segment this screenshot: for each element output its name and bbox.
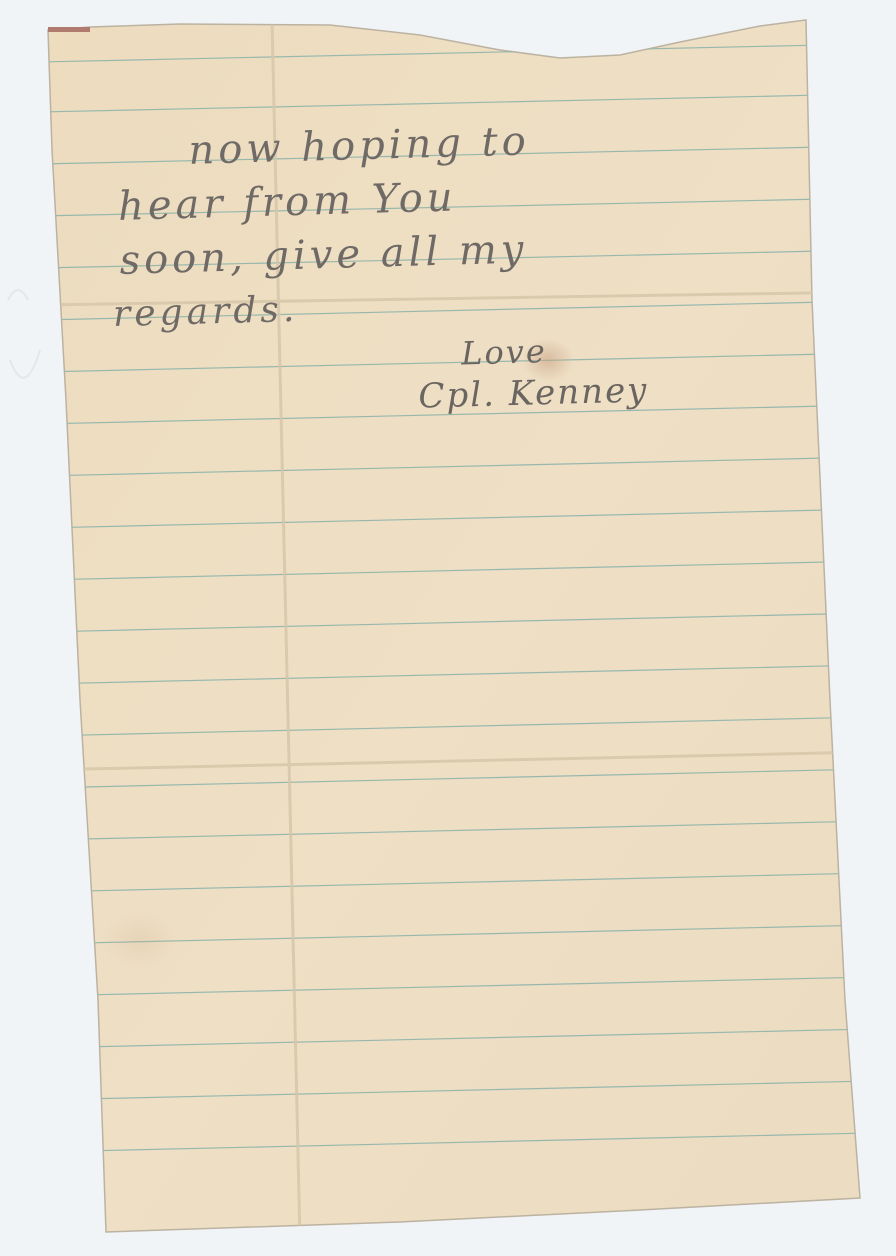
body-line-1: now hoping to bbox=[188, 118, 530, 174]
scanned-letter-page: now hoping to hear from You soon, give a… bbox=[0, 0, 896, 1256]
signature-text: Cpl. Kenney bbox=[418, 370, 649, 416]
corner-mark bbox=[48, 27, 90, 32]
background-bleedthrough bbox=[8, 290, 40, 378]
body-line-2: hear from You bbox=[117, 174, 457, 229]
closing-text: Love bbox=[460, 332, 548, 372]
body-line-4: regards. bbox=[113, 289, 299, 335]
stain bbox=[100, 910, 180, 970]
